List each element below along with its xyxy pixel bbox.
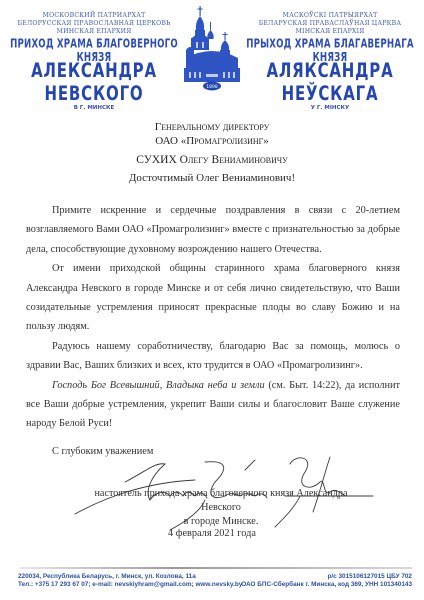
- emblem-year: 1898: [206, 84, 218, 90]
- footer-bank-details: ОАО БПС-Сбербанк г. Минска, код 369, УНН…: [241, 581, 412, 589]
- letterhead-russian: МОСКОВСКИЙ ПАТРИАРХАТ БЕЛОРУССКАЯ ПРАВОС…: [4, 12, 184, 111]
- footer-bank: р/с 3015106127015 ЦБУ 702 ОАО БПС-Сберба…: [241, 573, 412, 589]
- parish-name-ru: АЛЕКСАНДРА НЕВСКОГО: [4, 59, 184, 106]
- signer-title: настоятель прихода храма благоверного кн…: [86, 487, 356, 529]
- footer-phone-email: Тел.: +375 17 293 67 07; e-mail: nevskiy…: [18, 581, 242, 589]
- letter-body: Примите искренние и сердечные поздравлен…: [26, 201, 400, 434]
- letterhead: МОСКОВСКИЙ ПАТРИАРХАТ БЕЛОРУССКАЯ ПРАВОС…: [0, 0, 424, 100]
- signer-line-1: настоятель прихода храма благоверного кн…: [86, 487, 356, 515]
- patriarchate-ru: МОСКОВСКИЙ ПАТРИАРХАТ: [4, 12, 184, 20]
- salutation: Досточтимый Олег Вениаминович!: [0, 172, 424, 184]
- eparchy-ru: МИНСКАЯ ЕПАРХИЯ: [4, 28, 184, 36]
- patriarchate-by: МАСКОЎСКІ ПАТРЫЯРХАТ: [240, 12, 420, 20]
- signer-line-2: в городе Минске.: [86, 515, 356, 529]
- church-by: БЕЛАРУСКАЯ ПРАВАСЛАЎНАЯ ЦАРКВА: [240, 20, 420, 28]
- paragraph-1: Примите искренние и сердечные поздравлен…: [26, 201, 400, 259]
- addressee-company: ОАО «Промагролизинг»: [0, 135, 424, 147]
- addressee-title: Генеральному директору: [0, 121, 424, 133]
- footer-account: р/с 3015106127015 ЦБУ 702: [241, 573, 412, 581]
- parish-name-by: АЛЯКСАНДРА НЕЎСКАГА: [240, 59, 420, 106]
- paragraph-2: От имени приходской общины старинного хр…: [26, 259, 400, 337]
- scripture-quote: Господь Бог Всевышний, Владыка неба и зе…: [52, 380, 265, 391]
- paragraph-4: Господь Бог Всевышний, Владыка неба и зе…: [26, 376, 400, 434]
- letterhead-belarusian: МАСКОЎСКІ ПАТРЫЯРХАТ БЕЛАРУСКАЯ ПРАВАСЛА…: [240, 12, 420, 111]
- letter-date: 4 февраля 2021 года: [0, 528, 424, 539]
- church-emblem-icon: 1898: [180, 2, 244, 94]
- paragraph-3: Радуюсь нашему соработничеству, благодар…: [26, 337, 400, 376]
- footer-contacts: 220034, Республика Беларусь, г. Минск, у…: [18, 573, 242, 589]
- eparchy-by: МІНСКАЯ ЕПАРХІЯ: [240, 28, 420, 36]
- church-ru: БЕЛОРУССКАЯ ПРАВОСЛАВНАЯ ЦЕРКОВЬ: [4, 20, 184, 28]
- addressee-person: СУХИХ Олегу Вениаминовичу: [0, 154, 424, 166]
- city-by: У Г. МІНСКУ: [240, 105, 420, 111]
- footer-divider: [20, 567, 412, 569]
- footer-address: 220034, Республика Беларусь, г. Минск, у…: [18, 573, 242, 581]
- city-ru: В Г. МИНСКЕ: [4, 105, 184, 111]
